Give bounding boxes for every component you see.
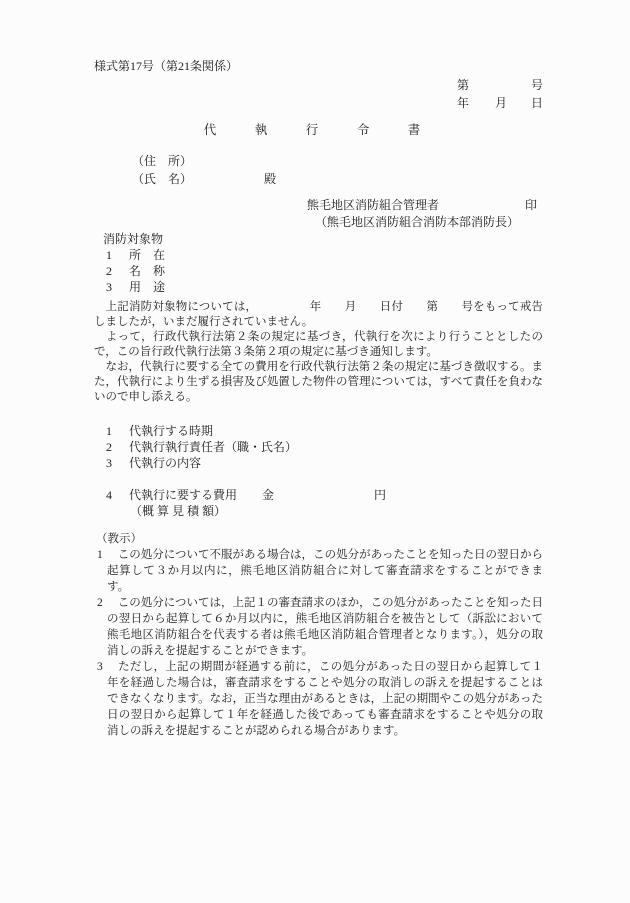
item-number: 2: [97, 597, 103, 609]
item-number: 4: [106, 487, 114, 503]
item-number: 1: [97, 549, 103, 561]
issuer-subtitle: （熊毛地区消防組合消防本部消防長）: [315, 214, 543, 231]
cost-row: 4代執行に要する費用金円: [106, 487, 543, 503]
item-number: 3: [106, 455, 114, 471]
addressee-name-blank: [192, 182, 264, 183]
cost-gap: [237, 487, 262, 488]
date-month-blank: [469, 106, 495, 107]
date-line: 年月日: [94, 95, 543, 112]
item-label: 所 在: [129, 247, 165, 263]
issuer-name: 熊毛地区消防組合管理者: [307, 197, 439, 214]
item-text: ただし，上記の期間が経過する前に，この処分があった日の翌日から起算して１年を経過…: [107, 661, 543, 737]
item-label: 代執行の内容: [129, 455, 201, 471]
issuer-name-line: 熊毛地区消防組合管理者印: [307, 197, 543, 214]
doc-number-prefix: 第: [457, 78, 469, 92]
cost-estimate-note: （概 算 見 積 額）: [130, 503, 543, 519]
doc-number-line: 第号: [94, 77, 543, 94]
item-number: 1: [106, 423, 114, 439]
execution-item-responsible: 2代執行執行責任者（職・氏名）: [106, 439, 543, 455]
item-number: 3: [97, 661, 103, 673]
cost-label: 代執行に要する費用: [129, 487, 237, 503]
appeal-instruction-item-2: 2この処分については，上記１の審査請求のほか，この処分があったことを知った日の翌…: [94, 595, 543, 659]
paragraph-execution-notice: よって，行政代執行法第２条の規定に基づき，代執行を次により行うこととしたので，こ…: [94, 330, 543, 360]
property-heading: 消防対象物: [103, 231, 543, 247]
currency-suffix: 円: [374, 487, 386, 503]
addressee-name-line: （氏 名）殿: [132, 170, 581, 188]
item-number: 2: [106, 263, 114, 279]
item-label: 代執行執行責任者（職・氏名）: [129, 439, 297, 455]
document-title: 代 執 行 令 書: [94, 121, 543, 140]
addressee-address-label: （住 所）: [132, 152, 581, 170]
body-paragraphs: 上記消防対象物については， 年 月 日付 第 号をもって戒告しましたが，いまだ履…: [94, 300, 543, 405]
cost-block: 4代執行に要する費用金円 （概 算 見 積 額）: [94, 487, 543, 519]
execution-item-time: 1代執行する時期: [106, 423, 543, 439]
paragraph-warning-notice: 上記消防対象物については， 年 月 日付 第 号をもって戒告しましたが，いまだ履…: [94, 300, 543, 330]
addressee-honorific: 殿: [264, 172, 276, 186]
property-item-name: 2名 称: [106, 263, 543, 279]
doc-number-blank: [469, 88, 531, 89]
appeal-instruction-item-3: 3ただし，上記の期間が経過する前に，この処分があった日の翌日から起算して１年を経…: [94, 659, 543, 739]
seal-mark: 印: [525, 197, 537, 214]
property-item-use: 3用 途: [106, 279, 543, 295]
cost-amount-blank: [274, 487, 374, 488]
appeal-instruction-block: （教示） 1この処分について不服がある場合は，この処分があったことを知った日の翌…: [94, 531, 543, 739]
issuer-block: 熊毛地区消防組合管理者印 （熊毛地区消防組合消防本部消防長）: [94, 197, 543, 231]
date-month-label: 月: [495, 96, 507, 110]
appeal-instruction-item-1: 1この処分について不服がある場合は，この処分があったことを知った日の翌日から起算…: [94, 547, 543, 595]
execution-item-content: 3代執行の内容: [106, 455, 543, 471]
addressee-block: （住 所） （氏 名）殿: [94, 152, 581, 188]
item-number: 1: [106, 247, 114, 263]
currency-prefix: 金: [262, 487, 274, 503]
property-block: 消防対象物 1所 在 2名 称 3用 途: [94, 231, 543, 295]
property-item-location: 1所 在: [106, 247, 543, 263]
paragraph-cost-liability: なお，代執行に要する全ての費用を行政代執行法第２条の規定に基づき徴収する。また，…: [94, 360, 543, 405]
execution-detail-block: 1代執行する時期 2代執行執行責任者（職・氏名） 3代執行の内容: [94, 423, 543, 471]
item-label: 用 途: [129, 279, 165, 295]
appeal-instruction-heading: （教示）: [96, 531, 543, 547]
doc-number-suffix: 号: [531, 78, 543, 92]
item-text: この処分については，上記１の審査請求のほか，この処分があったことを知った日の翌日…: [107, 597, 543, 657]
document-page: 様式第17号（第21条関係） 第号 年月日 代 執 行 令 書 （住 所） （氏…: [0, 0, 630, 903]
form-number: 様式第17号（第21条関係）: [94, 59, 543, 74]
item-number: 3: [106, 279, 114, 295]
item-label: 名 称: [129, 263, 165, 279]
item-number: 2: [106, 439, 114, 455]
addressee-name-label: （氏 名）: [132, 172, 192, 186]
date-year-label: 年: [457, 96, 469, 110]
date-day-blank: [507, 106, 531, 107]
item-text: この処分について不服がある場合は，この処分があったことを知った日の翌日から起算し…: [107, 549, 543, 593]
item-label: 代執行する時期: [129, 423, 213, 439]
date-day-label: 日: [531, 96, 543, 110]
